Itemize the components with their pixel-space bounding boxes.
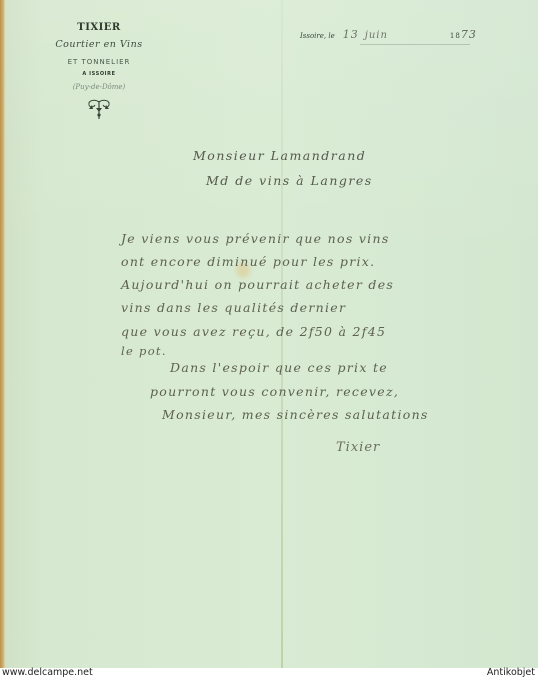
signature: Tixier xyxy=(336,440,380,455)
letterhead-region: (Puy-de-Dôme) xyxy=(38,83,160,91)
letterhead-trade-secondary: ET TONNELIER xyxy=(38,58,160,66)
letterhead: TIXIER Courtier en Vins ET TONNELIER A I… xyxy=(38,22,160,121)
watermark-footer: www.delcampe.net Antikobjet xyxy=(0,668,538,680)
dateline-day: 13 xyxy=(343,28,359,41)
dateline-year-prefix: 18 xyxy=(450,32,461,40)
body-line: Aujourd'hui on pourrait acheter des xyxy=(121,277,394,292)
body-line: que vous avez reçu, de 2f50 à 2f45 xyxy=(121,324,386,339)
letter-scan: TIXIER Courtier en Vins ET TONNELIER A I… xyxy=(0,0,538,668)
salutation-line-2: Md de vins à Langres xyxy=(206,173,373,188)
paper-left-edge xyxy=(0,0,5,668)
body-line: Je viens vous prévenir que nos vins xyxy=(121,231,390,246)
seller-label: Antikobjet xyxy=(487,667,535,678)
body-line: ont encore diminué pour les prix. xyxy=(121,254,375,269)
fleuron-ornament-icon xyxy=(84,99,114,121)
salutation-line-1: Monsieur Lamandrand xyxy=(193,148,366,163)
closing-line: pourront vous convenir, recevez, xyxy=(150,384,399,399)
dateline-month: juin xyxy=(365,30,388,41)
dateline-year: 73 xyxy=(461,28,477,41)
closing-line: Monsieur, mes sincères salutations xyxy=(162,407,429,422)
dateline-place: Issoire, le xyxy=(300,32,335,40)
body-line: le pot. xyxy=(121,344,167,358)
source-site-label: www.delcampe.net xyxy=(2,667,93,678)
letterhead-trade: Courtier en Vins xyxy=(38,39,160,50)
letterhead-name: TIXIER xyxy=(38,22,160,33)
letterhead-town: A ISSOIRE xyxy=(38,71,160,77)
dateline-rule xyxy=(360,44,470,45)
body-line: vins dans les qualités dernier xyxy=(121,300,346,315)
dateline: Issoire, le13juin1873 xyxy=(300,28,477,41)
closing-line: Dans l'espoir que ces prix te xyxy=(170,360,388,375)
